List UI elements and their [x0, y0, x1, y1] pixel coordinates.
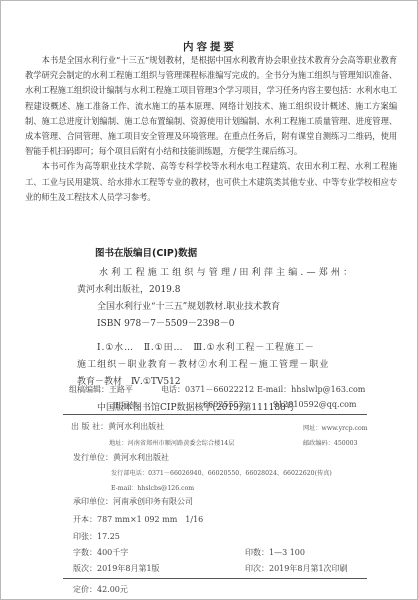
copyright-page: 内容提要 本书是全国水利行业“十三五”规划教材，是根据中国水利教育协会职业技术教… [0, 0, 418, 600]
publisher-postcode: 邮政编码：450003 [303, 438, 358, 447]
distributor-phone: 发行部电话：0371－66026940、66020550、66028024、66… [111, 468, 332, 477]
print-run: 印数：1—3 100 [245, 547, 305, 558]
editor-phone-1: 电话：0371－66022212 [161, 384, 254, 395]
publisher-website: 网址：www.yrcp.com [303, 423, 368, 432]
cip-class-line-2: 施工组织－职业教育－教材②水利工程－施工管理－职业 [77, 357, 330, 370]
cip-title-line: 水利工程施工组织与管理/田利萍主编.—郑州： [99, 265, 355, 278]
editor-name-2: 田丽萍 [113, 400, 137, 411]
printing: 印次：2019年8月第1次印刷 [245, 563, 348, 574]
distributor-email: E-mail：hhslcbs@126.com [111, 483, 194, 492]
printer: 承印单位：河南承创印务有限公司 [73, 496, 193, 507]
cip-heading: 图书在版编目(CIP)数据 [95, 245, 197, 259]
distributor: 发行单位：黄河水利出版社 [73, 452, 169, 463]
book-format: 开本：787 mm×1 092 mm 1/16 [73, 514, 203, 525]
publisher-address: 地址：河南省郑州市顺河路黄委会综合楼14层 [109, 438, 234, 447]
print-sheets: 印张：17.25 [73, 531, 120, 542]
cip-class-line-1: Ⅰ.①水… Ⅱ.①田… Ⅲ.①水利工程－工程施工－ [97, 340, 315, 353]
edition: 版次：2019年8月第1版 [73, 563, 160, 574]
summary-title: 内容提要 [1, 39, 418, 54]
editor-phone-2: 66025553 [203, 400, 244, 409]
editor-email-2: 912810592@qq.com [273, 400, 356, 409]
summary-body: 本书是全国水利行业“十三五”规划教材，是根据中国水利教育协会职业技术教育分会高等… [25, 53, 397, 205]
price: 定价：42.00元 [73, 584, 128, 595]
editor-label: 组稿编辑：王路平 [69, 384, 133, 395]
cip-series-line: 全国水利行业“十三五”规划教材.职业技术教育 [97, 299, 280, 312]
publisher-name: 出 版 社：黄河水利出版社 [71, 421, 164, 432]
divider-bottom [63, 578, 367, 579]
summary-paragraph-2: 本书可作为高等职业技术学院、高等专科学校等水利水电工程建筑、农田水利工程、水利工… [25, 159, 397, 205]
divider-top [63, 414, 367, 415]
cip-publisher-line: 黄河水利出版社，2019.8 [77, 282, 181, 295]
cip-isbn: ISBN 978－7－5509－2398－0 [97, 316, 235, 329]
summary-paragraph-1: 本书是全国水利行业“十三五”规划教材，是根据中国水利教育协会职业技术教育分会高等… [25, 53, 397, 159]
editor-email-1: E-mail：hhslwlp@163.com [257, 384, 365, 395]
word-count: 字数：400千字 [73, 547, 128, 558]
